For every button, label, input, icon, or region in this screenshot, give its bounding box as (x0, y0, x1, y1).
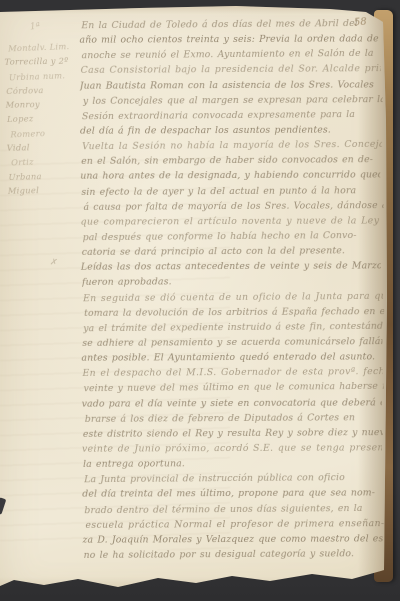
manuscript-line: este distrito siendo el Rey y resulta Re… (83, 425, 383, 442)
margin-top-note: 1ª (30, 22, 41, 33)
manuscript-line: za D. Joaquín Morales y Velazquez que co… (82, 531, 382, 547)
manuscript-line: Leídas las dos actas antecedentes de vei… (81, 259, 381, 275)
margin-attendee-list: Montalv. Lim.Torrecilla y 2ºUrbina num.C… (5, 39, 87, 198)
manuscript-line: antes posible. El Ayuntamiento quedó ent… (81, 349, 381, 365)
manuscript-line: á causa por falta de mayoría de los Sres… (83, 198, 383, 215)
manuscript-line: fueron aprobadas. (82, 273, 382, 290)
manuscript-page: 58 1ª Montalv. Lim.Torrecilla y 2ºUrbina… (0, 0, 389, 601)
margin-attendee-name: Miguel (8, 182, 86, 198)
manuscript-line: Juan Bautista Roman con la asistencia de… (80, 77, 380, 93)
manuscript-line: una hora antes de la designada, y habien… (80, 168, 380, 184)
margin-attendee-name: Torrecilla y 2º (4, 54, 82, 70)
photo-background: 58 1ª Montalv. Lim.Torrecilla y 2ºUrbina… (0, 0, 400, 601)
manuscript-body: En la Ciudad de Toledo á dos días del me… (80, 16, 383, 563)
manuscript-line: escuela práctica Normal el profesor de p… (85, 516, 385, 533)
manuscript-line: se adhiere al pensamiento y se acuerda c… (82, 334, 382, 351)
manuscript-line: no le ha solicitado por su desigual cate… (84, 546, 384, 563)
manuscript-line: Casa Consistorial bajo la presidencia de… (81, 62, 381, 79)
manuscript-line: veinte de Junio próximo, acordó S.E. que… (82, 440, 382, 456)
manuscript-line: del día treinta del mes último, propone … (82, 486, 382, 502)
manuscript-line: veinte y nueve del mes último en que le … (84, 379, 384, 397)
manuscript-line: vado para el día veinte y siete en convo… (82, 395, 382, 411)
